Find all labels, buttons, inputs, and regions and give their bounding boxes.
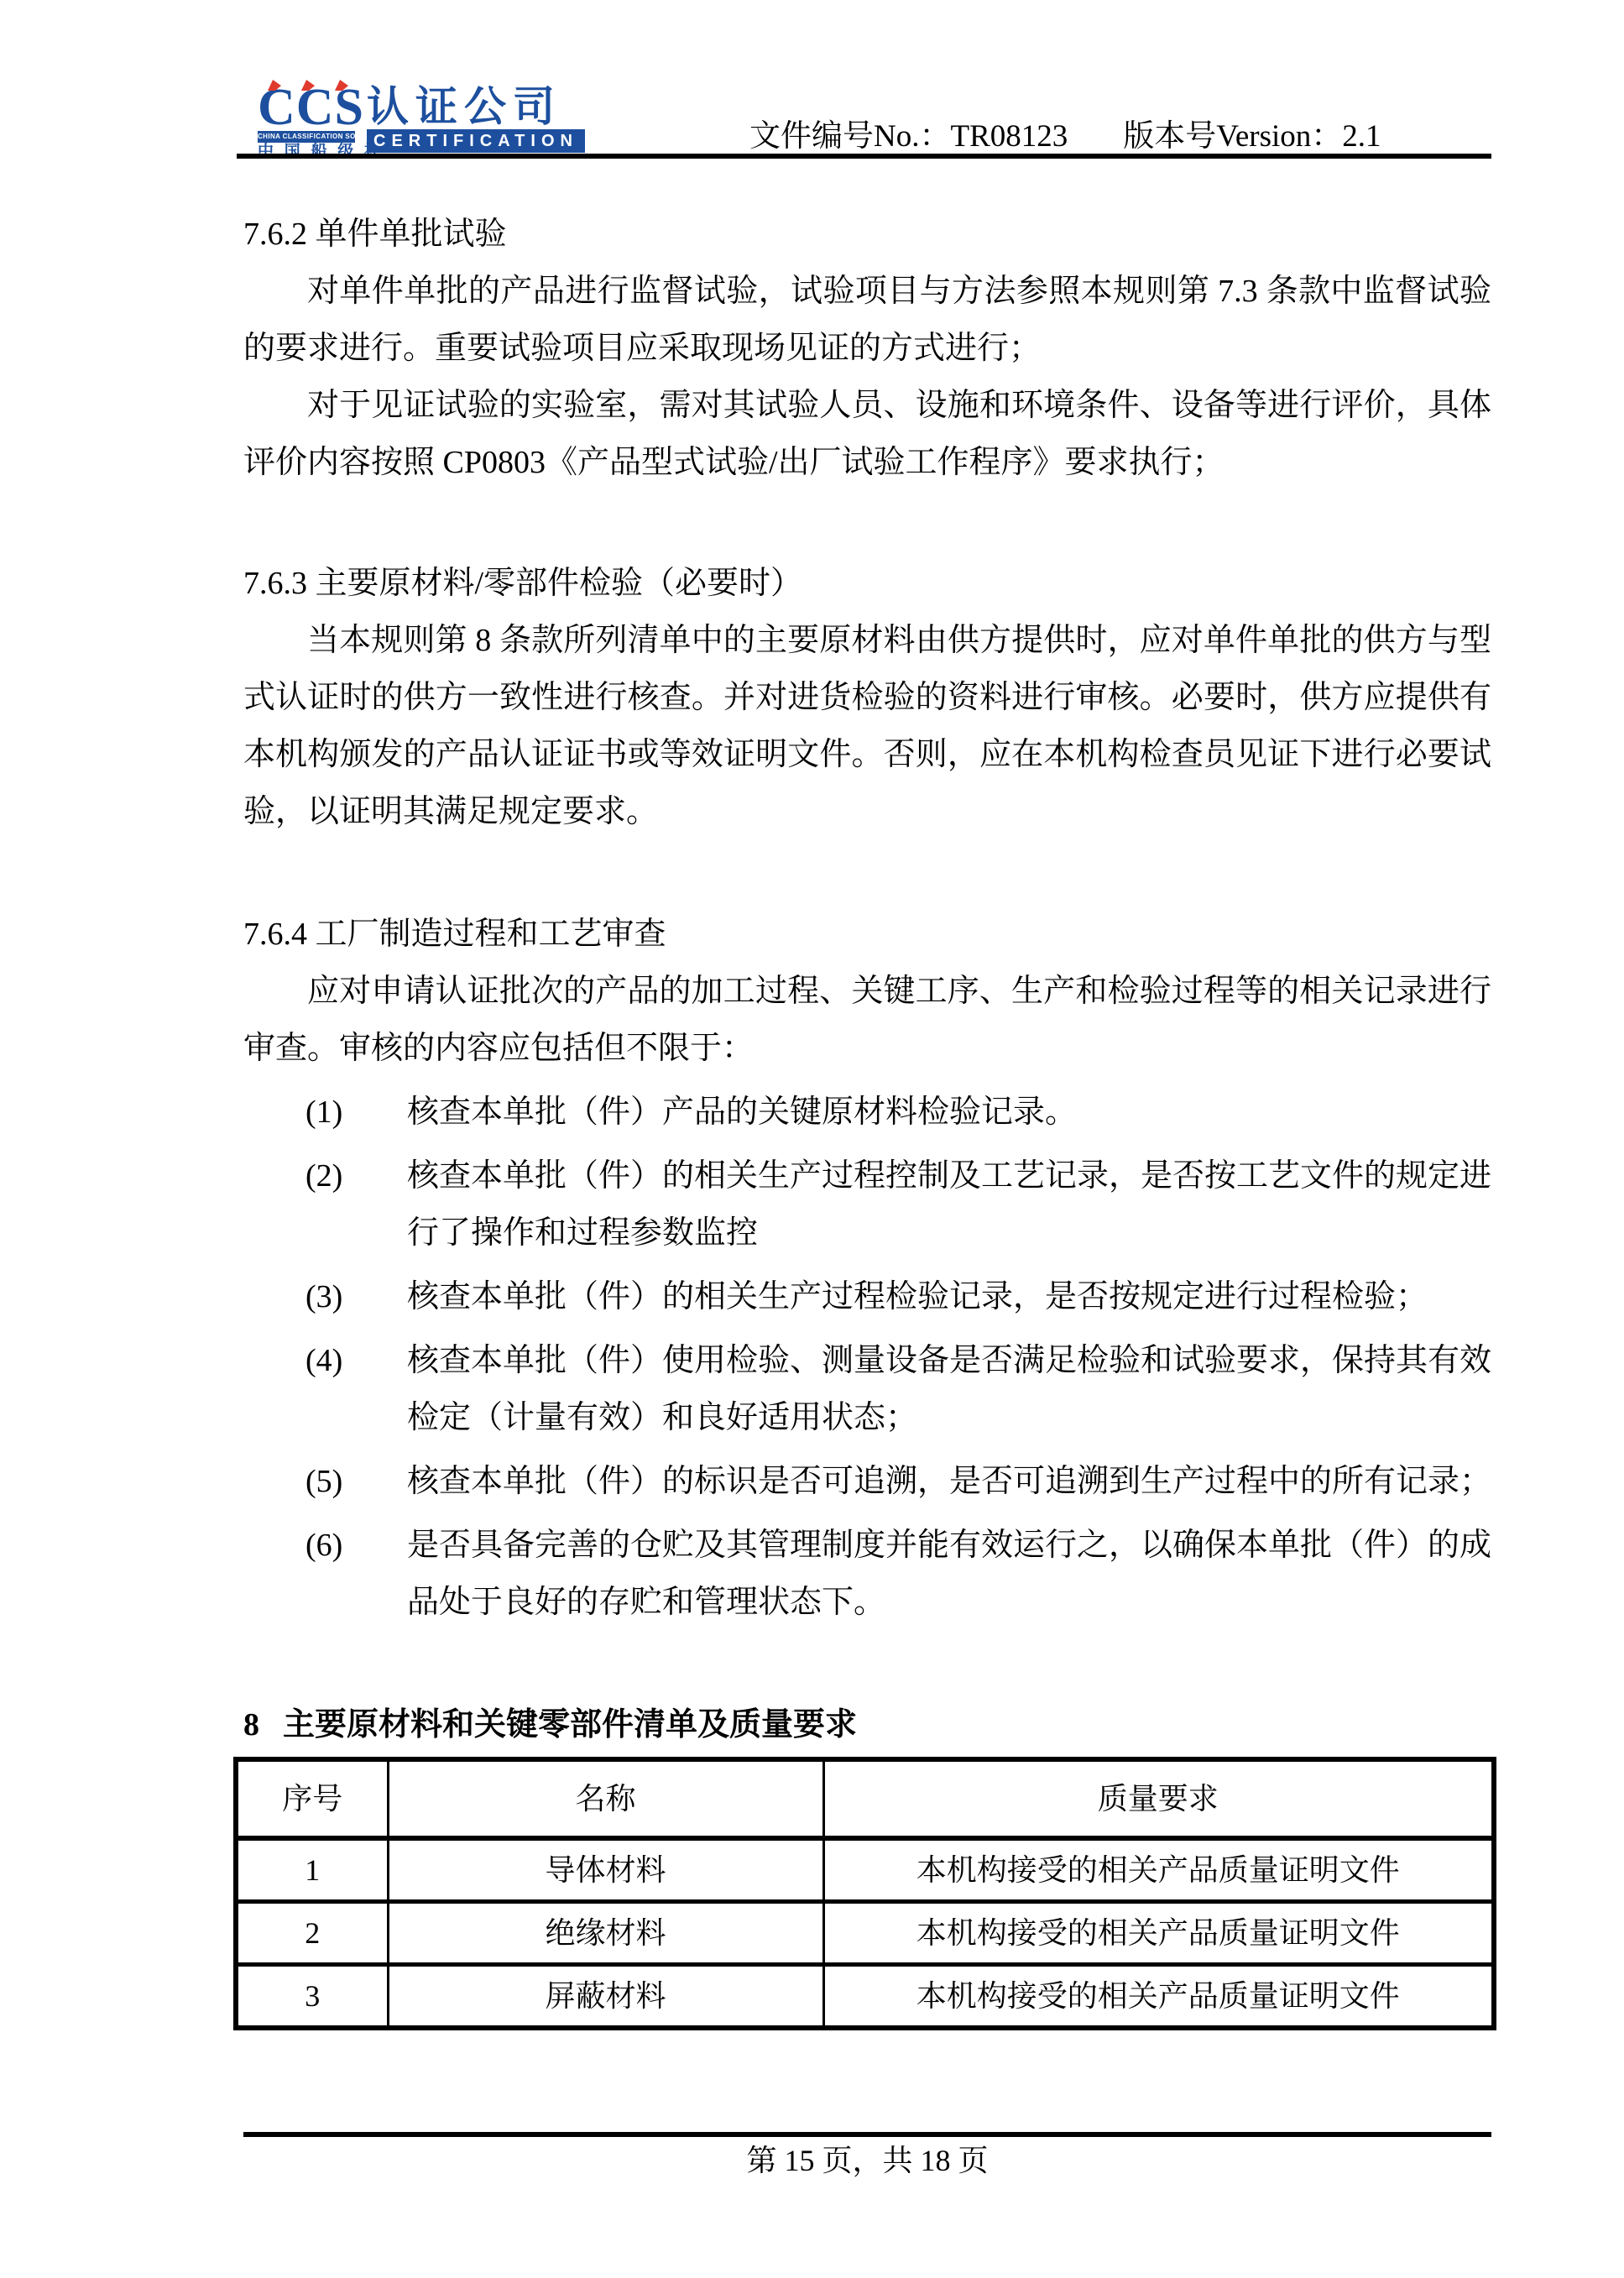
cell-seq: 2	[236, 1902, 388, 1965]
list-item-number: (1)	[305, 1084, 342, 1141]
list-item: (4) 核查本单批（件）使用检验、测量设备是否满足检验和试验要求，保持其有效检定…	[243, 1332, 1491, 1446]
list-item-number: (2)	[305, 1147, 342, 1204]
cell-quality: 本机构接受的相关产品质量证明文件	[823, 1838, 1494, 1902]
list-item-text: 核查本单批（件）的相关生产过程检验记录，是否按规定进行过程检验；	[407, 1279, 1428, 1314]
certification-banner: CERTIFICATION	[367, 129, 585, 153]
list-item-text: 核查本单批（件）使用检验、测量设备是否满足检验和试验要求，保持其有效检定（计量有…	[407, 1343, 1491, 1435]
list-item-number: (5)	[305, 1453, 342, 1510]
list-item: (3) 核查本单批（件）的相关生产过程检验记录，是否按规定进行过程检验；	[243, 1268, 1491, 1325]
cell-name: 屏蔽材料	[388, 1965, 823, 2029]
cell-quality: 本机构接受的相关产品质量证明文件	[823, 1902, 1494, 1965]
cell-name: 导体材料	[388, 1838, 823, 1902]
page-number: 第 15 页，共 18 页	[243, 2142, 1491, 2179]
column-header-quality: 质量要求	[823, 1759, 1494, 1838]
list-item: (2) 核查本单批（件）的相关生产过程控制及工艺记录，是否按工艺文件的规定进行了…	[243, 1147, 1491, 1262]
list-item-number: (4)	[305, 1332, 342, 1389]
table-row: 1 导体材料 本机构接受的相关产品质量证明文件	[236, 1838, 1494, 1902]
section-8-number: 8	[243, 1707, 259, 1742]
section-8-heading: 8主要原材料和关键零部件清单及质量要求	[243, 1696, 1491, 1753]
footer-divider	[243, 2132, 1491, 2137]
list-item: (5) 核查本单批（件）的标识是否可追溯，是否可追溯到生产过程中的所有记录；	[243, 1453, 1491, 1510]
section-7-6-3-heading: 7.6.3 主要原材料/零部件检验（必要时）	[243, 555, 1491, 612]
certification-company-chinese: 认证公司	[367, 86, 585, 127]
list-item-text: 核查本单批（件）的相关生产过程控制及工艺记录，是否按工艺文件的规定进行了操作和过…	[407, 1158, 1491, 1251]
materials-table: 序号 名称 质量要求 1 导体材料 本机构接受的相关产品质量证明文件 2 绝缘材…	[233, 1757, 1496, 2030]
table-row: 3 屏蔽材料 本机构接受的相关产品质量证明文件	[236, 1965, 1494, 2029]
ccs-logo: CCS CHINA CLASSIFICATION SOCIETY 中 国 船 级…	[258, 86, 585, 160]
table-row: 2 绝缘材料 本机构接受的相关产品质量证明文件	[236, 1902, 1494, 1965]
column-header-name: 名称	[388, 1759, 823, 1838]
document-body: 7.6.2 单件单批试验 对单件单批的产品进行监督试验，试验项目与方法参照本规则…	[243, 206, 1491, 2030]
section-7-6-2-paragraph-1: 对单件单批的产品进行监督试验，试验项目与方法参照本规则第 7.3 条款中监督试验…	[243, 263, 1491, 377]
list-item-number: (6)	[305, 1517, 342, 1574]
section-7-6-3-paragraph-1: 当本规则第 8 条款所列清单中的主要原材料由供方提供时，应对单件单批的供方与型式…	[243, 612, 1491, 840]
cell-quality: 本机构接受的相关产品质量证明文件	[823, 1965, 1494, 2029]
section-7-6-4-paragraph-1: 应对申请认证批次的产品的加工过程、关键工序、生产和检验过程等的相关记录进行审查。…	[243, 963, 1491, 1077]
list-item: (6) 是否具备完善的仓贮及其管理制度并能有效运行之，以确保本单批（件）的成品处…	[243, 1517, 1491, 1631]
cell-name: 绝缘材料	[388, 1902, 823, 1965]
list-item-number: (3)	[305, 1268, 342, 1325]
section-8-title: 主要原材料和关键零部件清单及质量要求	[283, 1707, 857, 1742]
ccs-logo-mark: CCS	[258, 86, 355, 128]
cell-seq: 1	[236, 1838, 388, 1902]
list-item-text: 核查本单批（件）产品的关键原材料检验记录。	[407, 1095, 1077, 1130]
ccs-logo-right: 认证公司 CERTIFICATION	[367, 86, 585, 153]
header-divider	[237, 154, 1491, 159]
list-item-text: 是否具备完善的仓贮及其管理制度并能有效运行之，以确保本单批（件）的成品处于良好的…	[407, 1528, 1491, 1620]
table-header-row: 序号 名称 质量要求	[236, 1759, 1494, 1838]
list-item: (1) 核查本单批（件）产品的关键原材料检验记录。	[243, 1084, 1491, 1141]
column-header-seq: 序号	[236, 1759, 388, 1838]
document-meta: 文件编号No.：TR08123 版本号Version：2.1	[749, 119, 1505, 154]
ccs-logo-left: CCS CHINA CLASSIFICATION SOCIETY 中 国 船 级…	[258, 86, 355, 160]
doc-number: 文件编号No.：TR08123	[749, 119, 1068, 154]
section-7-6-2-heading: 7.6.2 单件单批试验	[243, 206, 1491, 263]
section-7-6-2-paragraph-2: 对于见证试验的实验室，需对其试验人员、设施和环境条件、设备等进行评价，具体评价内…	[243, 377, 1491, 491]
document-page: CCS CHINA CLASSIFICATION SOCIETY 中 国 船 级…	[0, 0, 1624, 2278]
section-7-6-4-heading: 7.6.4 工厂制造过程和工艺审查	[243, 906, 1491, 963]
list-item-text: 核查本单批（件）的标识是否可追溯，是否可追溯到生产过程中的所有记录；	[407, 1464, 1491, 1499]
audit-checklist: (1) 核查本单批（件）产品的关键原材料检验记录。 (2) 核查本单批（件）的相…	[243, 1084, 1491, 1631]
cell-seq: 3	[236, 1965, 388, 2029]
doc-version: 版本号Version：2.1	[1123, 119, 1381, 154]
